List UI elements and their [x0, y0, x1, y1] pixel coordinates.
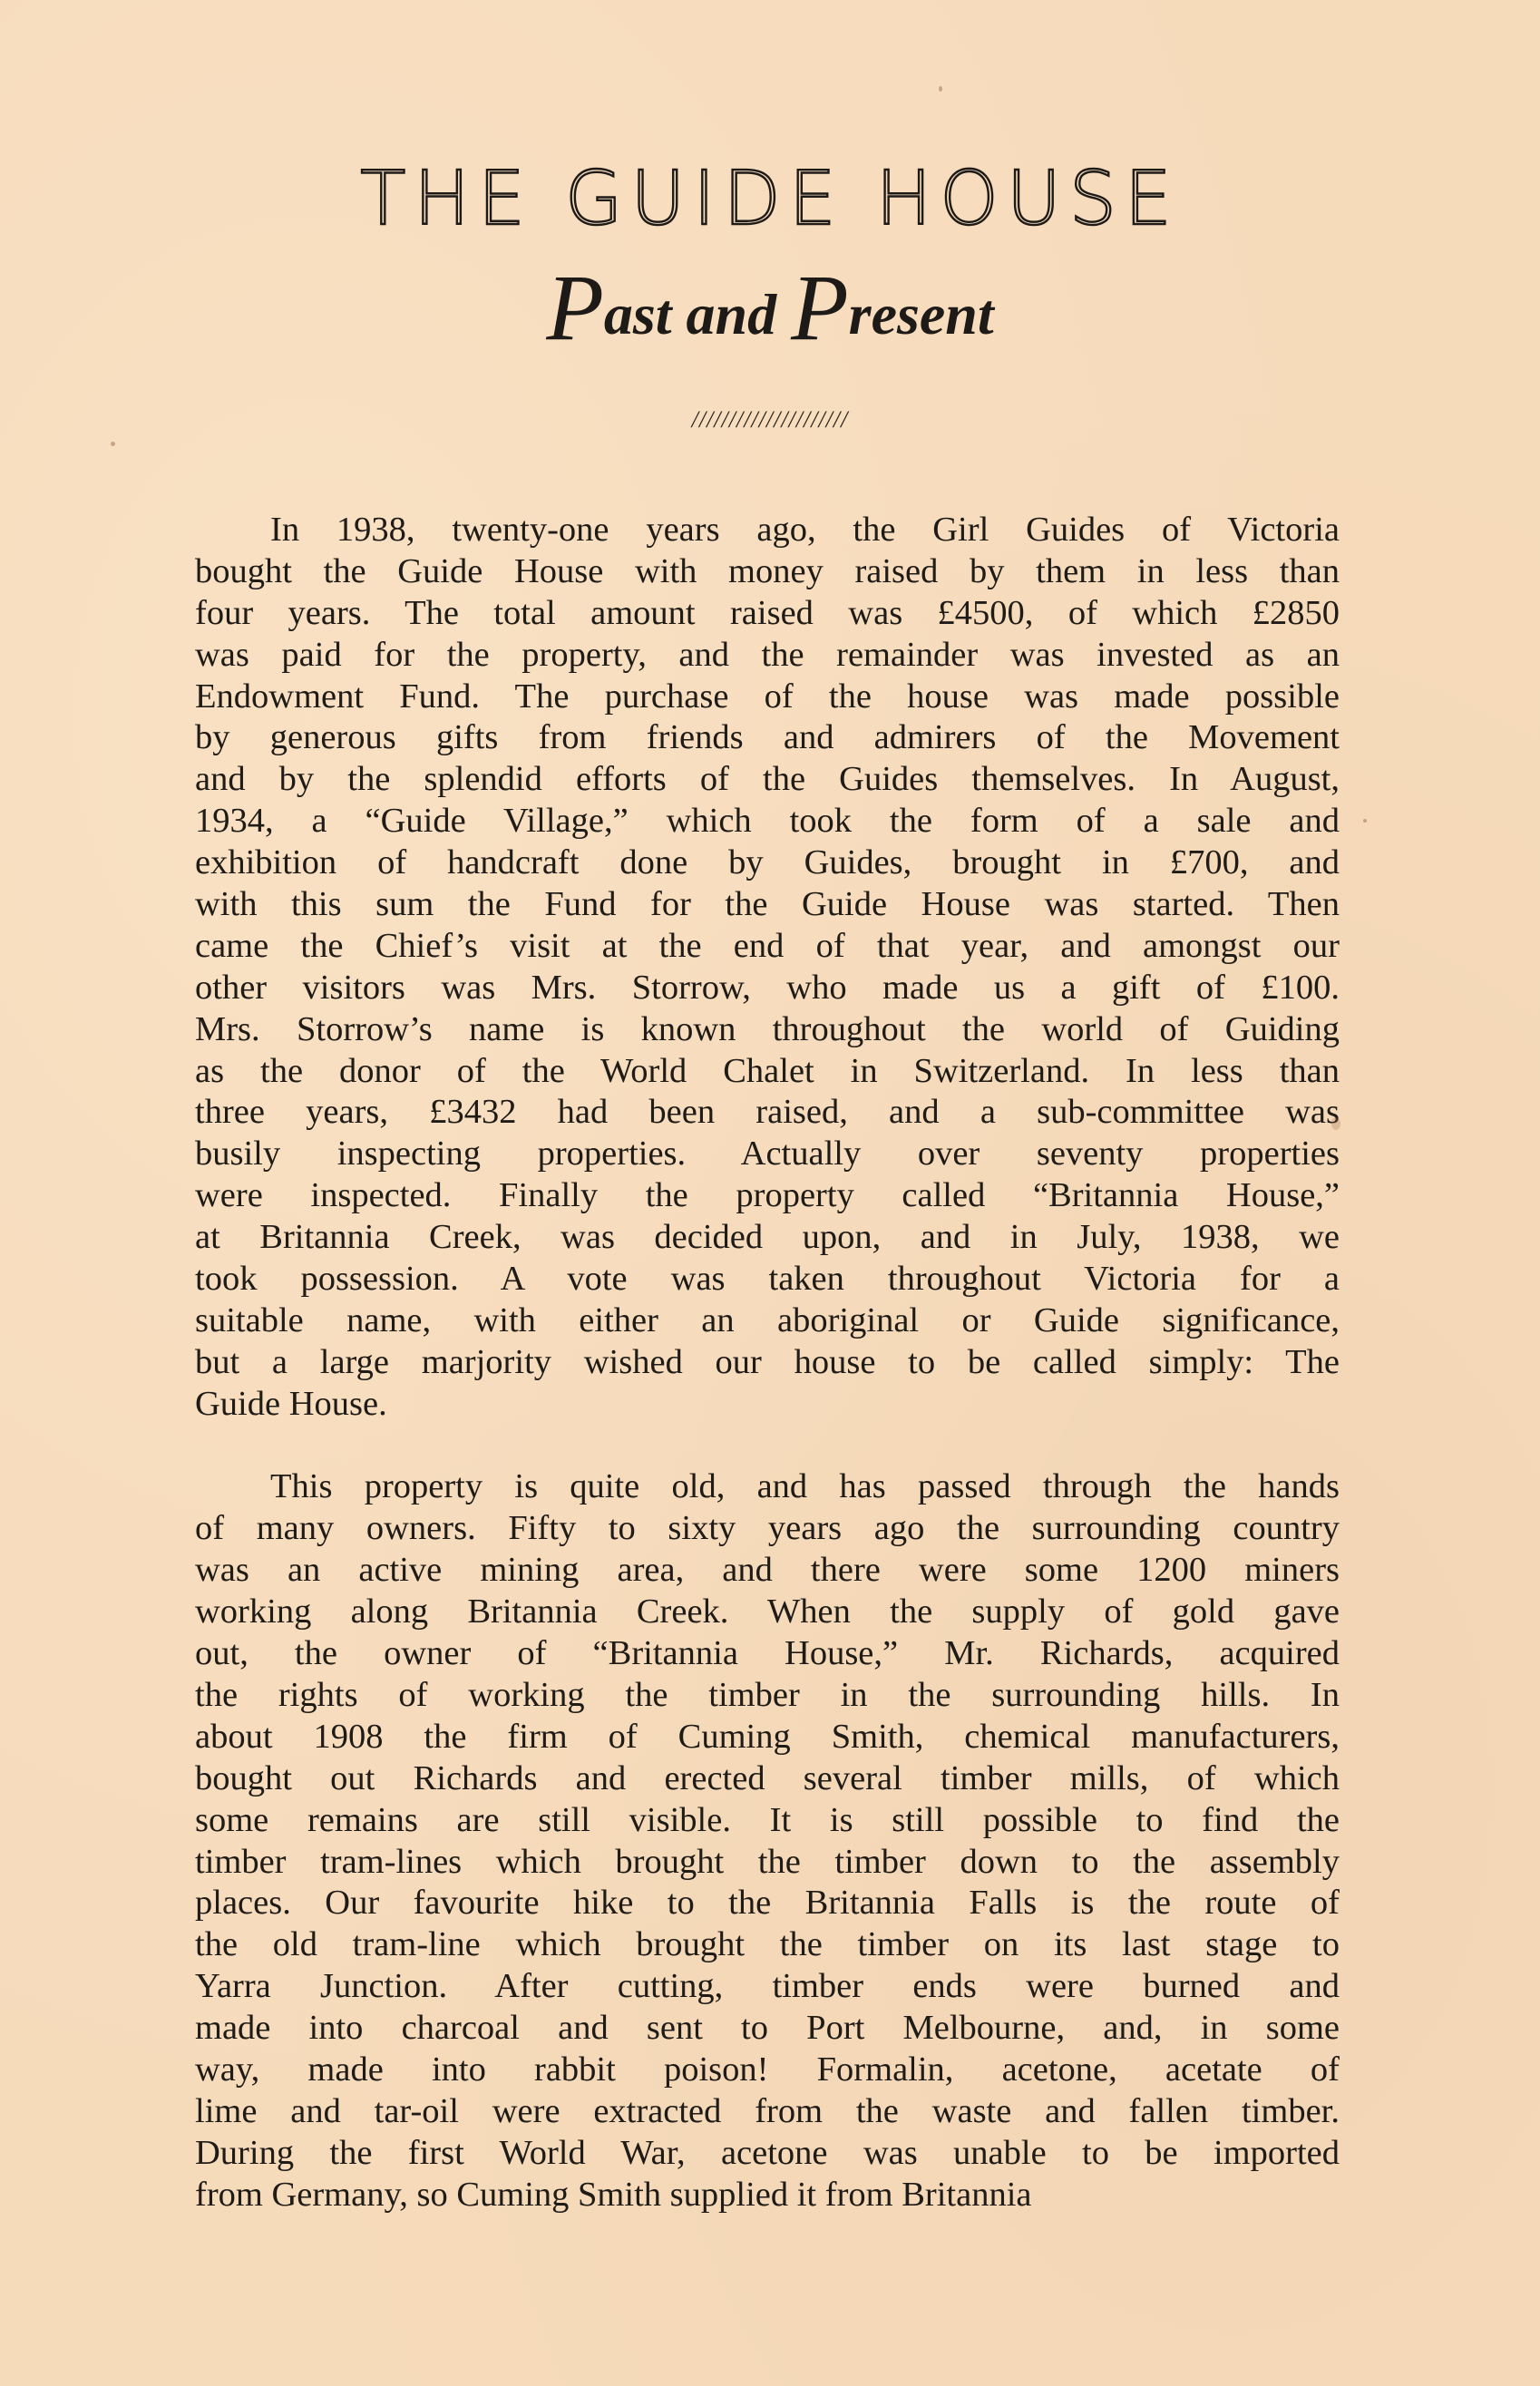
text-line: timber tram-lines which brought the timb…	[195, 1842, 1340, 1884]
text-line: Mrs. Storrow’s name is known throughout …	[195, 1009, 1340, 1051]
text-line: During the first World War, acetone was …	[195, 2133, 1340, 2175]
text-line: places. Our favourite hike to the Britan…	[195, 1883, 1340, 1924]
text-line: This property is quite old, and has pass…	[195, 1466, 1340, 1508]
subtitle-text-part1: ast and	[604, 282, 791, 346]
text-line: exhibition of handcraft done by Guides, …	[195, 842, 1340, 884]
text-line: by generous gifts from friends and admir…	[195, 717, 1340, 759]
subtitle-initial-p: P	[546, 256, 604, 360]
text-line: with this sum the Fund for the Guide Hou…	[195, 884, 1340, 926]
text-line: bought the Guide House with money raised…	[195, 551, 1340, 593]
page-subtitle: Past and Present	[0, 268, 1540, 355]
subtitle-initial-p2: P	[791, 256, 849, 360]
text-line: some remains are still visible. It is st…	[195, 1800, 1340, 1842]
text-line: was an active mining area, and there wer…	[195, 1550, 1340, 1592]
text-line: was paid for the property, and the remai…	[195, 635, 1340, 677]
text-line: In 1938, twenty-one years ago, the Girl …	[195, 510, 1340, 551]
text-line: and by the splendid efforts of the Guide…	[195, 759, 1340, 801]
text-line: as the donor of the World Chalet in Swit…	[195, 1051, 1340, 1093]
text-line: were inspected. Finally the property cal…	[195, 1175, 1340, 1217]
text-line: made into charcoal and sent to Port Melb…	[195, 2008, 1340, 2050]
paragraph-1: In 1938, twenty-one years ago, the Girl …	[195, 510, 1340, 1426]
text-line: the old tram-line which brought the timb…	[195, 1924, 1340, 1966]
text-line: Guide House.	[195, 1384, 1340, 1426]
paper-speck	[1331, 1117, 1340, 1130]
text-line: four years. The total amount raised was …	[195, 593, 1340, 635]
decorative-divider: /////////////////////	[0, 406, 1540, 433]
text-line: busily inspecting properties. Actually o…	[195, 1134, 1340, 1175]
text-line: came the Chief’s visit at the end of tha…	[195, 926, 1340, 968]
text-line: the rights of working the timber in the …	[195, 1675, 1340, 1717]
document-page: THE GUIDE HOUSE Past and Present ///////…	[0, 0, 1540, 2386]
text-line: but a large marjority wished our house t…	[195, 1342, 1340, 1384]
text-line: way, made into rabbit poison! Formalin, …	[195, 2050, 1340, 2091]
text-line: bought out Richards and erected several …	[195, 1758, 1340, 1800]
text-line: 1934, a “Guide Village,” which took the …	[195, 801, 1340, 842]
paper-speck	[111, 442, 115, 446]
text-line: working along Britannia Creek. When the …	[195, 1592, 1340, 1633]
text-line: three years, £3432 had been raised, and …	[195, 1092, 1340, 1134]
text-line: at Britannia Creek, was decided upon, an…	[195, 1217, 1340, 1259]
subtitle-text-part2: resent	[849, 282, 994, 346]
text-line: Endowment Fund. The purchase of the hous…	[195, 677, 1340, 718]
paper-speck	[939, 86, 942, 92]
text-line: Yarra Junction. After cutting, timber en…	[195, 1966, 1340, 2008]
text-line: from Germany, so Cuming Smith supplied i…	[195, 2175, 1340, 2216]
paragraph-2: This property is quite old, and has pass…	[195, 1466, 1340, 2216]
text-line: took possession. A vote was taken throug…	[195, 1259, 1340, 1300]
paper-speck	[1363, 819, 1367, 823]
page-title: THE GUIDE HOUSE	[0, 154, 1540, 245]
text-line: lime and tar-oil were extracted from the…	[195, 2091, 1340, 2133]
text-line: other visitors was Mrs. Storrow, who mad…	[195, 968, 1340, 1009]
text-line: about 1908 the firm of Cuming Smith, che…	[195, 1717, 1340, 1758]
text-line: suitable name, with either an aboriginal…	[195, 1300, 1340, 1342]
text-line: of many owners. Fifty to sixty years ago…	[195, 1508, 1340, 1550]
text-line: out, the owner of “Britannia House,” Mr.…	[195, 1633, 1340, 1675]
article-body: In 1938, twenty-one years ago, the Girl …	[195, 510, 1340, 2216]
